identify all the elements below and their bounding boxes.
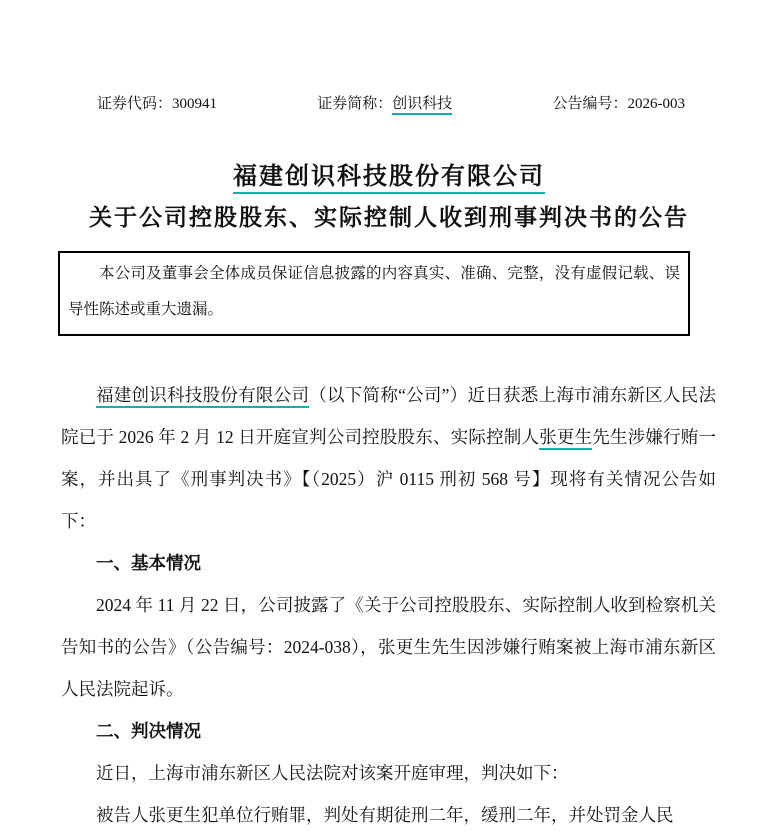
company-name-underlined: 福建创识科技股份有限公司 bbox=[96, 385, 309, 408]
section2-heading: 二、判决情况 bbox=[61, 710, 716, 752]
person-name-underlined: 张更生 bbox=[539, 427, 592, 450]
section1-heading: 一、基本情况 bbox=[61, 542, 716, 584]
stock-short-name-label: 证券简称： bbox=[317, 96, 392, 112]
section2-paragraph-2: 被告人张更生犯单位行贿罪，判处有期徒刑二年，缓刑二年，并处罚金人民 bbox=[61, 794, 716, 836]
stock-code-value: 300941 bbox=[172, 96, 217, 112]
announcement-number-value: 2026-003 bbox=[628, 96, 686, 112]
intro-paragraph: 福建创识科技股份有限公司（以下简称“公司”）近日获悉上海市浦东新区人民法院已于 … bbox=[61, 374, 716, 542]
section1-paragraph: 2024 年 11 月 22 日，公司披露了《关于公司控股股东、实际控制人收到检… bbox=[61, 584, 716, 710]
disclaimer-box: 本公司及董事会全体成员保证信息披露的内容真实、准确、完整，没有虚假记载、误导性陈… bbox=[58, 251, 690, 336]
section2-paragraph-1: 近日，上海市浦东新区人民法院对该案开庭审理，判决如下： bbox=[61, 752, 716, 794]
company-name-title: 福建创识科技股份有限公司 bbox=[0, 156, 778, 191]
announcement-number-label: 公告编号： bbox=[552, 96, 627, 112]
stock-code: 证券代码：300941 bbox=[97, 92, 217, 113]
stock-short-name-value: 创识科技 bbox=[392, 96, 452, 115]
announcement-number: 公告编号：2026-003 bbox=[552, 92, 685, 113]
announcement-title: 关于公司控股股东、实际控制人收到刑事判决书的公告 bbox=[0, 199, 778, 232]
stock-code-label: 证券代码： bbox=[97, 96, 172, 112]
securities-meta-header: 证券代码：300941 证券简称：创识科技 公告编号：2026-003 bbox=[97, 92, 685, 113]
disclaimer-text: 本公司及董事会全体成员保证信息披露的内容真实、准确、完整，没有虚假记载、误导性陈… bbox=[68, 256, 680, 328]
company-name-title-text: 福建创识科技股份有限公司 bbox=[233, 164, 545, 194]
stock-short-name: 证券简称：创识科技 bbox=[317, 92, 452, 113]
announcement-body: 福建创识科技股份有限公司（以下简称“公司”）近日获悉上海市浦东新区人民法院已于 … bbox=[61, 374, 716, 836]
announcement-document-page: 证券代码：300941 证券简称：创识科技 公告编号：2026-003 福建创识… bbox=[0, 0, 778, 836]
